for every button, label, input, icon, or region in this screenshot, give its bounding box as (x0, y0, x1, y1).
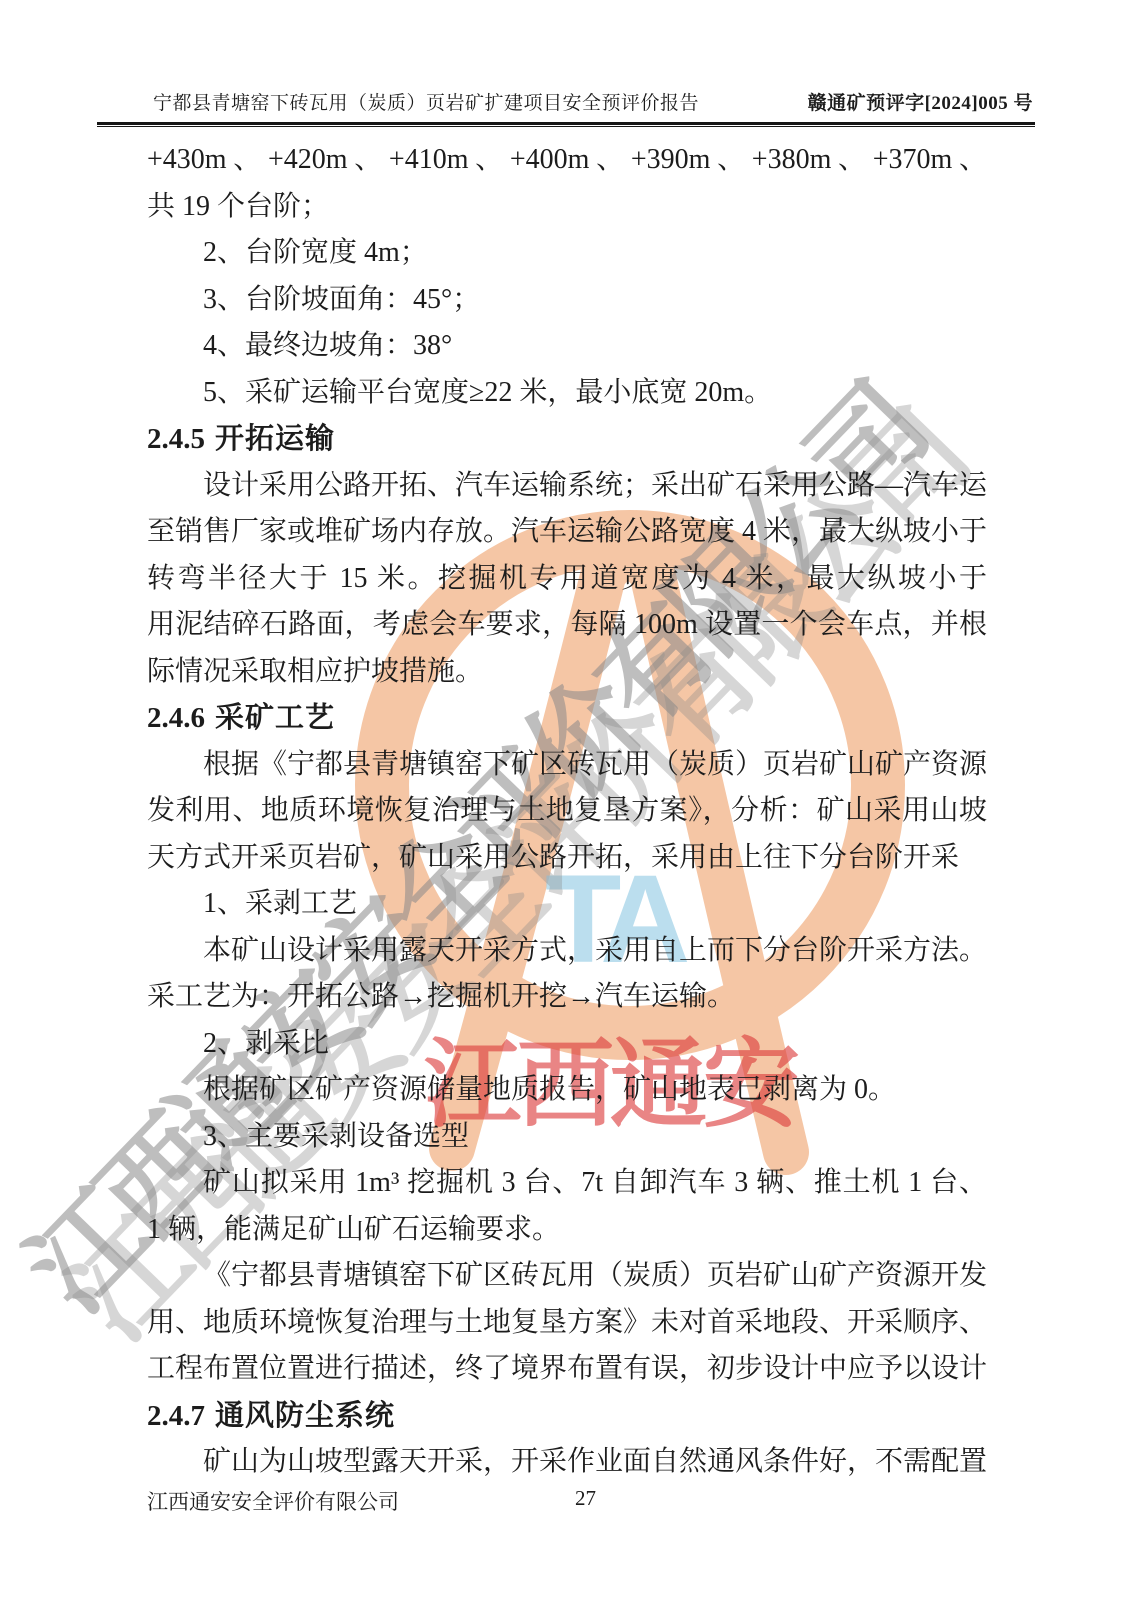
document-body: +430m、+420m、+410m、+400m、+390m、+380m、+370… (147, 137, 987, 1486)
page-number: 27 (575, 1486, 596, 1511)
section-title: 通风防尘系统 (215, 1400, 395, 1432)
section-number: 2.4.7 (147, 1400, 205, 1432)
report-page: { "header": { "title": "宁都县青塘窑下砖瓦用（炭质）页岩… (0, 0, 1131, 1600)
body-line: 根据矿区矿产资源储量地质报告，矿山地表已剥离为 0。 (147, 1067, 987, 1114)
body-line: 际情况采取相应护坡措施。 (147, 649, 987, 696)
section-heading-2-4-5: 2.4.5开拓运输 (147, 416, 987, 463)
list-item: 4、最终边坡角：38° (147, 323, 987, 370)
report-doc-number: 赣通矿预评字[2024]005 号 (808, 88, 1033, 115)
page-footer: 江西通安安全评价有限公司 27 (147, 1486, 984, 1516)
section-heading-2-4-7: 2.4.7通风防尘系统 (147, 1393, 987, 1440)
section-number: 2.4.6 (147, 702, 205, 734)
body-line: +430m、+420m、+410m、+400m、+390m、+380m、+370… (147, 137, 987, 184)
list-item: 3、主要采剥设备选型 (147, 1114, 987, 1161)
body-line: 采工艺为：开拓公路→挖掘机开挖→汽车运输。 (147, 974, 987, 1021)
body-line: 1 辆，能满足矿山矿石运输要求。 (147, 1207, 987, 1254)
body-line: 用泥结碎石路面，考虑会车要求，每隔 100m 设置一个会车点，并根据实 (147, 602, 987, 649)
list-item: 5、采矿运输平台宽度≥22 米，最小底宽 20m。 (147, 370, 987, 417)
body-line: 天方式开采页岩矿，矿山采用公路开拓，采用由上往下分台阶开采 (147, 835, 987, 882)
body-line: 矿山拟采用 1m³ 挖掘机 3 台、7t 自卸汽车 3 辆、推土机 1 台、洒水… (147, 1160, 987, 1207)
report-title: 宁都县青塘窑下砖瓦用（炭质）页岩矿扩建项目安全预评价报告 (153, 88, 699, 115)
list-item: 1、采剥工艺 (147, 881, 987, 928)
body-line: 矿山为山坡型露天开采，开采作业面自然通风条件好，不需配置机械 (147, 1439, 987, 1486)
body-line: 根据《宁都县青塘镇窑下矿区砖瓦用（炭质）页岩矿山矿产资源开 (147, 742, 987, 789)
list-item: 2、台阶宽度 4m； (147, 230, 987, 277)
body-line: 本矿山设计采用露天开采方式，采用自上而下分台阶开采方法。开 (147, 928, 987, 975)
body-line: 发利用、地质环境恢复治理与土地复垦方案》，分析：矿山采用山坡型露 (147, 788, 987, 835)
section-heading-2-4-6: 2.4.6采矿工艺 (147, 695, 987, 742)
list-item: 2、剥采比 (147, 1021, 987, 1068)
body-line: 转弯半径大于 15 米。挖掘机专用道宽度为 4 米，最大纵坡小于 45%。采 (147, 556, 987, 603)
section-title: 开拓运输 (215, 423, 335, 455)
footer-company: 江西通安安全评价有限公司 (147, 1490, 399, 1514)
header-rule (97, 122, 1035, 127)
body-line: 至销售厂家或堆矿场内存放。汽车运输公路宽度 4 米，最大纵坡小于 10%， (147, 509, 987, 556)
body-line: 工程布置位置进行描述，终了境界布置有误，初步设计中应予以设计。 (147, 1346, 987, 1393)
page-header: 宁都县青塘窑下砖瓦用（炭质）页岩矿扩建项目安全预评价报告 赣通矿预评字[2024… (97, 88, 1035, 127)
body-line: 用、地质环境恢复治理与土地复垦方案》未对首采地段、开采顺序、基建 (147, 1300, 987, 1347)
section-number: 2.4.5 (147, 423, 205, 455)
body-line: 设计采用公路开拓、汽车运输系统；采出矿石采用公路—汽车运输 (147, 463, 987, 510)
list-item: 3、台阶坡面角：45°； (147, 277, 987, 324)
body-line: 《宁都县青塘镇窑下矿区砖瓦用（炭质）页岩矿山矿产资源开发利 (147, 1253, 987, 1300)
section-title: 采矿工艺 (215, 702, 335, 734)
body-line: 共 19 个台阶； (147, 184, 987, 231)
